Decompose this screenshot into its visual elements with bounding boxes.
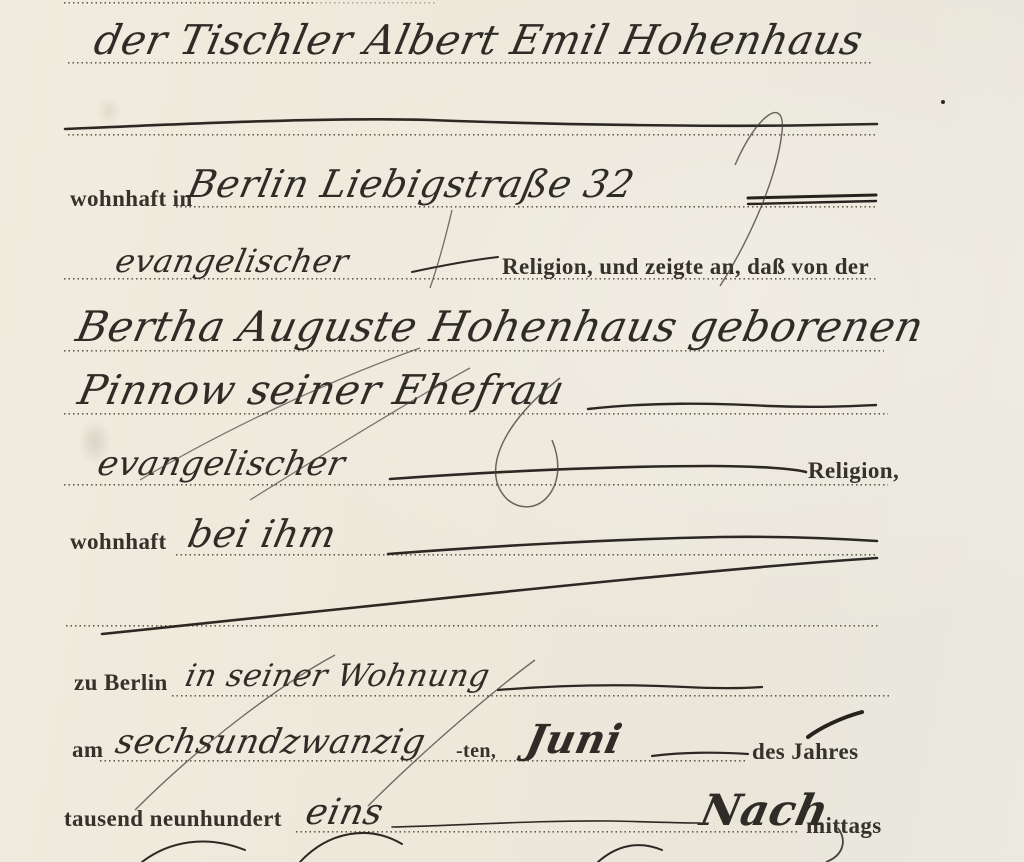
dotted-rule-religion2 [64, 484, 888, 486]
mother-maiden-entry: Pinnow seiner Ehefrau [74, 366, 569, 414]
birth-date-ten-label: -ten, [456, 740, 496, 763]
fill-dash-stroke [412, 257, 498, 272]
mother-name-entry: Bertha Auguste Hohenhaus geborenen [72, 302, 928, 351]
religion-declarant-entry: evangelischer [112, 242, 352, 280]
diagonal-strikeout-stroke [102, 558, 877, 634]
double-underline-stroke [748, 195, 876, 198]
fill-line-stroke [392, 821, 700, 827]
time-prefix-entry: Nach [696, 786, 833, 836]
double-underline-stroke [748, 201, 876, 204]
flourish-stroke [430, 210, 452, 288]
birth-year-entry: eins [302, 792, 387, 833]
fill-line-stroke [498, 685, 762, 690]
religion-mother-entry: evangelischer [94, 444, 349, 484]
birth-month-entry: Juni [522, 716, 626, 763]
fill-dash-stroke [652, 753, 748, 756]
dotted-rule-top-fragment-fade [316, 2, 436, 4]
ink-dot [941, 100, 945, 104]
registry-page-scan: wohnhaft in Religion, und zeigte an, daß… [0, 0, 1024, 862]
dotted-rule-top-fragment [64, 2, 316, 4]
dotted-rule-residence [176, 206, 876, 208]
fill-line-stroke [390, 466, 806, 479]
birth-place-label: zu Berlin [74, 670, 168, 696]
mother-residence-label: wohnhaft [70, 529, 167, 555]
residence-entry: Berlin Liebigstraße 32 [184, 162, 638, 206]
declarant-name-entry: der Tischler Albert Emil Hohenhaus [90, 16, 867, 64]
bottom-partial-stroke [142, 841, 245, 862]
fill-line-stroke [388, 537, 877, 554]
bottom-partial-stroke [300, 833, 402, 862]
paper-smudge [96, 96, 122, 126]
book-binding-edge [0, 0, 34, 862]
dotted-rule-crossed-blank [66, 625, 880, 627]
birth-date-am-label: am [72, 737, 103, 763]
month-initial-bar-stroke [808, 712, 862, 737]
religion-mother-label: Religion, [808, 458, 899, 484]
religion-declarant-label: Religion, und zeigte an, daß von der [502, 254, 869, 280]
dotted-rule-blank [68, 134, 878, 136]
birth-place-entry: in seiner Wohnung [182, 658, 493, 694]
strikeout-stroke [65, 119, 877, 129]
residence-label: wohnhaft in [70, 186, 193, 212]
dotted-rule-birth-place [172, 695, 890, 697]
mother-residence-entry: bei ihm [184, 512, 341, 556]
birth-date-jahres-label: des Jahres [752, 739, 858, 765]
bottom-partial-stroke [598, 845, 662, 862]
birth-day-entry: sechsundzwanzig [112, 722, 429, 762]
fill-line-stroke [588, 404, 876, 409]
year-prefix-label: tausend neunhundert [64, 806, 282, 832]
